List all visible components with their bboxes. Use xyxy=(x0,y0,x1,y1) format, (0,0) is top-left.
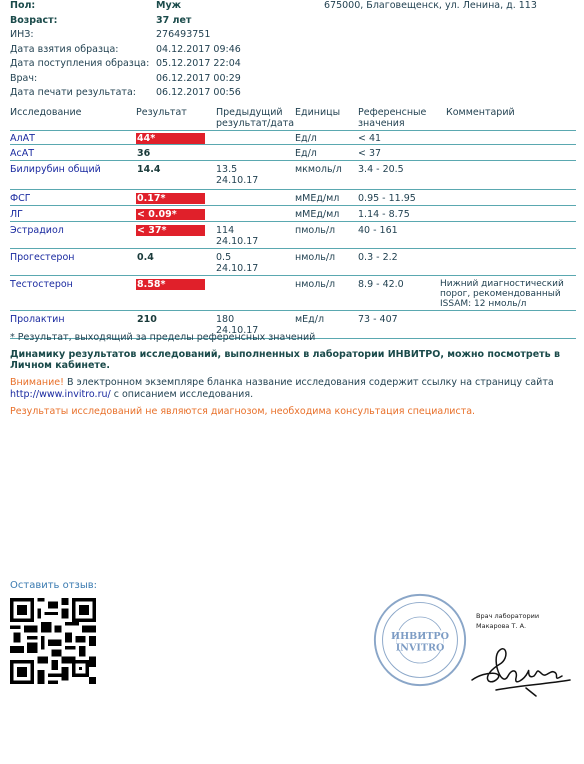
previous-result: 11424.10.17 xyxy=(216,225,258,247)
warning-text: В электронном экземпляре бланка название… xyxy=(64,377,554,388)
previous-value: 13.5 xyxy=(216,164,258,175)
units: Ед/л xyxy=(295,133,317,144)
result-value: 36 xyxy=(136,148,205,159)
comment: Нижний диагностический порог, рекомендов… xyxy=(440,279,576,309)
field-label: Дата взятия образца: xyxy=(10,43,119,57)
reference-range: 1.14 - 8.75 xyxy=(358,209,410,220)
lab-address: 675000, Благовещенск, ул. Ленина, д. 113 xyxy=(324,0,537,12)
test-name-link[interactable]: АсАТ xyxy=(10,148,34,159)
result-value: 210 xyxy=(136,314,205,325)
result-value: < 37* xyxy=(136,225,205,236)
header-reference: Референсные значения xyxy=(358,107,426,129)
table-row: АсАТ36Ед/л< 37 xyxy=(10,146,576,161)
previous-date: 24.10.17 xyxy=(216,175,258,186)
test-name-link[interactable]: Прогестерон xyxy=(10,252,74,263)
doctor-signature-label: Врач лаборатории Макарова Т. А. xyxy=(476,611,539,631)
header-result: Результат xyxy=(136,107,187,118)
result-value: < 0.09* xyxy=(136,209,205,220)
header-units: Единицы xyxy=(295,107,340,118)
previous-result: 13.524.10.17 xyxy=(216,164,258,186)
header-previous-line1: Предыдущий xyxy=(216,107,294,118)
units: мМЕд/мл xyxy=(295,193,339,204)
field-value: 06.12.2017 00:56 xyxy=(156,86,241,100)
qr-code-icon[interactable] xyxy=(10,598,96,684)
reference-range: 40 - 161 xyxy=(358,225,398,236)
previous-date: 24.10.17 xyxy=(216,236,258,247)
table-row: Билирубин общий14.413.524.10.17мкмоль/л3… xyxy=(10,162,576,190)
units: Ед/л xyxy=(295,148,317,159)
reference-range: 8.9 - 42.0 xyxy=(358,279,404,290)
test-name-link[interactable]: АлАТ xyxy=(10,133,35,144)
header-comment: Комментарий xyxy=(446,107,515,118)
warning-label: Внимание! xyxy=(10,377,64,388)
result-value: 14.4 xyxy=(136,164,205,175)
result-value: 44* xyxy=(136,133,205,144)
table-row: Прогестерон0.40.524.10.17нмоль/л0.3 - 2.… xyxy=(10,250,576,276)
header-test: Исследование xyxy=(10,107,82,118)
field-value: 05.12.2017 22:04 xyxy=(156,57,241,71)
lab-stamp-icon: ИНВИТРО INVITRO xyxy=(372,592,468,688)
result-value: 0.4 xyxy=(136,252,205,263)
reference-range: 73 - 407 xyxy=(358,314,398,325)
field-label: Пол: xyxy=(10,0,35,13)
reference-range: 3.4 - 20.5 xyxy=(358,164,404,175)
field-label: Возраст: xyxy=(10,14,57,28)
field-label: Врач: xyxy=(10,72,37,86)
test-name-link[interactable]: Пролактин xyxy=(10,314,65,325)
previous-value: 114 xyxy=(216,225,258,236)
test-name-link[interactable]: Билирубин общий xyxy=(10,164,101,175)
test-name-link[interactable]: ЛГ xyxy=(10,209,23,220)
result-value: 0.17* xyxy=(136,193,205,204)
warning-note: Внимание! В электронном экземпляре бланк… xyxy=(10,377,570,401)
previous-value: 180 xyxy=(216,314,258,325)
field-label: Дата поступления образца: xyxy=(10,57,149,71)
previous-result: 0.524.10.17 xyxy=(216,252,258,274)
header-previous-line2: результат/дата xyxy=(216,118,294,129)
field-value: Муж xyxy=(156,0,181,13)
reference-range: 0.95 - 11.95 xyxy=(358,193,416,204)
warning-tail: с описанием исследования. xyxy=(111,389,253,400)
table-row: Эстрадиол< 37*11424.10.17пмоль/л40 - 161 xyxy=(10,223,576,249)
field-value: 276493751 xyxy=(156,28,210,42)
units: мЕд/л xyxy=(295,314,324,325)
signature-icon xyxy=(466,630,576,700)
reference-range: < 41 xyxy=(358,133,381,144)
svg-text:ИНВИТРО: ИНВИТРО xyxy=(391,631,449,642)
reference-range: 0.3 - 2.2 xyxy=(358,252,398,263)
units: пмоль/л xyxy=(295,225,335,236)
previous-date: 24.10.17 xyxy=(216,263,258,274)
table-row: АлАТ44*Ед/л< 41 xyxy=(10,131,576,145)
test-name-link[interactable]: Тестостерон xyxy=(10,279,73,290)
test-name-link[interactable]: Эстрадиол xyxy=(10,225,64,236)
units: мкмоль/л xyxy=(295,164,342,175)
svg-text:INVITRO: INVITRO xyxy=(396,643,445,654)
table-row: ФСГ0.17*мМЕд/мл0.95 - 11.95 xyxy=(10,191,576,206)
feedback-label[interactable]: Оставить отзыв: xyxy=(10,580,97,591)
header-reference-line1: Референсные xyxy=(358,107,426,118)
result-value: 8.58* xyxy=(136,279,205,290)
footnote: * Результат, выходящий за пределы рефере… xyxy=(10,332,315,343)
field-value: 04.12.2017 09:46 xyxy=(156,43,241,57)
field-value: 37 лет xyxy=(156,14,191,28)
dynamics-note: Динамику результатов исследований, выпол… xyxy=(10,349,570,371)
test-name-link[interactable]: ФСГ xyxy=(10,193,31,204)
table-row: Тестостерон8.58*нмоль/л8.9 - 42.0Нижний … xyxy=(10,277,576,311)
doctor-title: Врач лаборатории xyxy=(476,611,539,621)
header-previous: Предыдущий результат/дата xyxy=(216,107,294,129)
reference-range: < 37 xyxy=(358,148,381,159)
field-label: ИНЗ: xyxy=(10,28,34,42)
field-label: Дата печати результата: xyxy=(10,86,136,100)
invitro-link[interactable]: http://www.invitro.ru/ xyxy=(10,389,111,400)
field-value: 06.12.2017 00:29 xyxy=(156,72,241,86)
units: мМЕд/мл xyxy=(295,209,339,220)
units: нмоль/л xyxy=(295,279,335,290)
disclaimer: Результаты исследований не являются диаг… xyxy=(10,406,475,417)
header-reference-line2: значения xyxy=(358,118,426,129)
previous-value: 0.5 xyxy=(216,252,258,263)
units: нмоль/л xyxy=(295,252,335,263)
table-row: ЛГ< 0.09*мМЕд/мл1.14 - 8.75 xyxy=(10,207,576,222)
